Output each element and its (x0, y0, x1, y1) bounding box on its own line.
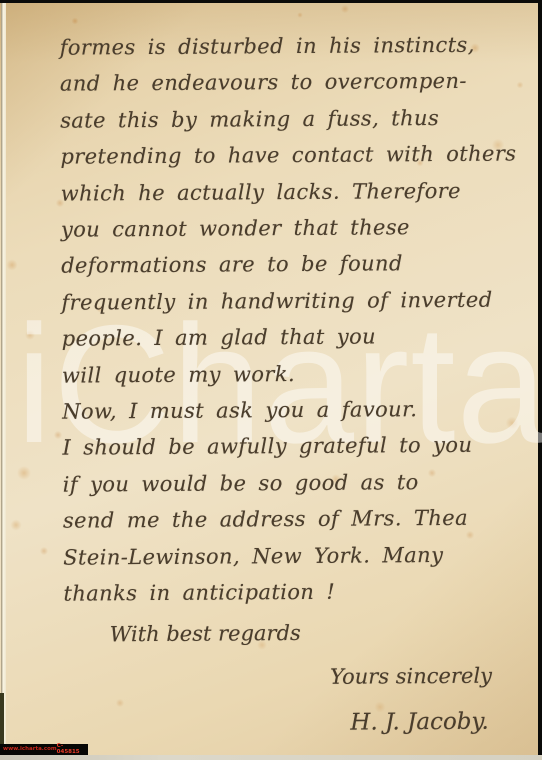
paper-left-edge (1, 3, 6, 755)
letter-signoff: Yours sincerely (330, 657, 534, 695)
letter-line: sate this by making a fuss, thus (60, 99, 530, 139)
provenance-code: C-045815 (57, 744, 85, 755)
letter-line: you cannot wonder that these (61, 208, 531, 248)
letter-line: deformations are to be found (61, 245, 531, 285)
letter-closing: With best regards (110, 613, 534, 652)
letter-line: send me the address of Mrs. Thea (63, 500, 533, 540)
scanned-letter-page: iCharta formes is disturbed in his insti… (0, 0, 542, 760)
signature: H. J. Jacoby. (350, 704, 534, 742)
letter-line: people. I am glad that you (62, 318, 532, 358)
provenance-label: www.icharta.com C-045815 (0, 744, 88, 755)
letter-line: will quote my work. (62, 354, 532, 394)
letter-body: formes is disturbed in his instincts, an… (60, 26, 535, 743)
letter-line: frequently in handwriting of inverted (61, 281, 531, 321)
provenance-site: www.icharta.com (3, 747, 57, 753)
letter-line: pretending to have contact with others (60, 136, 530, 176)
letter-line: which he actually lacks. Therefore (61, 172, 531, 212)
letter-line: thanks in anticipation ! (63, 572, 533, 612)
letter-line: and he endeavours to overcompen- (60, 63, 530, 103)
letter-line: formes is disturbed in his instincts, (60, 26, 530, 66)
letter-line: Stein-Lewinson, New York. Many (63, 536, 533, 576)
scanner-bottom-edge (0, 755, 542, 760)
letter-line: I should be awfully grateful to you (62, 427, 532, 467)
letter-line: Now, I must ask you a favour. (62, 390, 532, 430)
letter-line: if you would be so good as to (63, 463, 533, 503)
